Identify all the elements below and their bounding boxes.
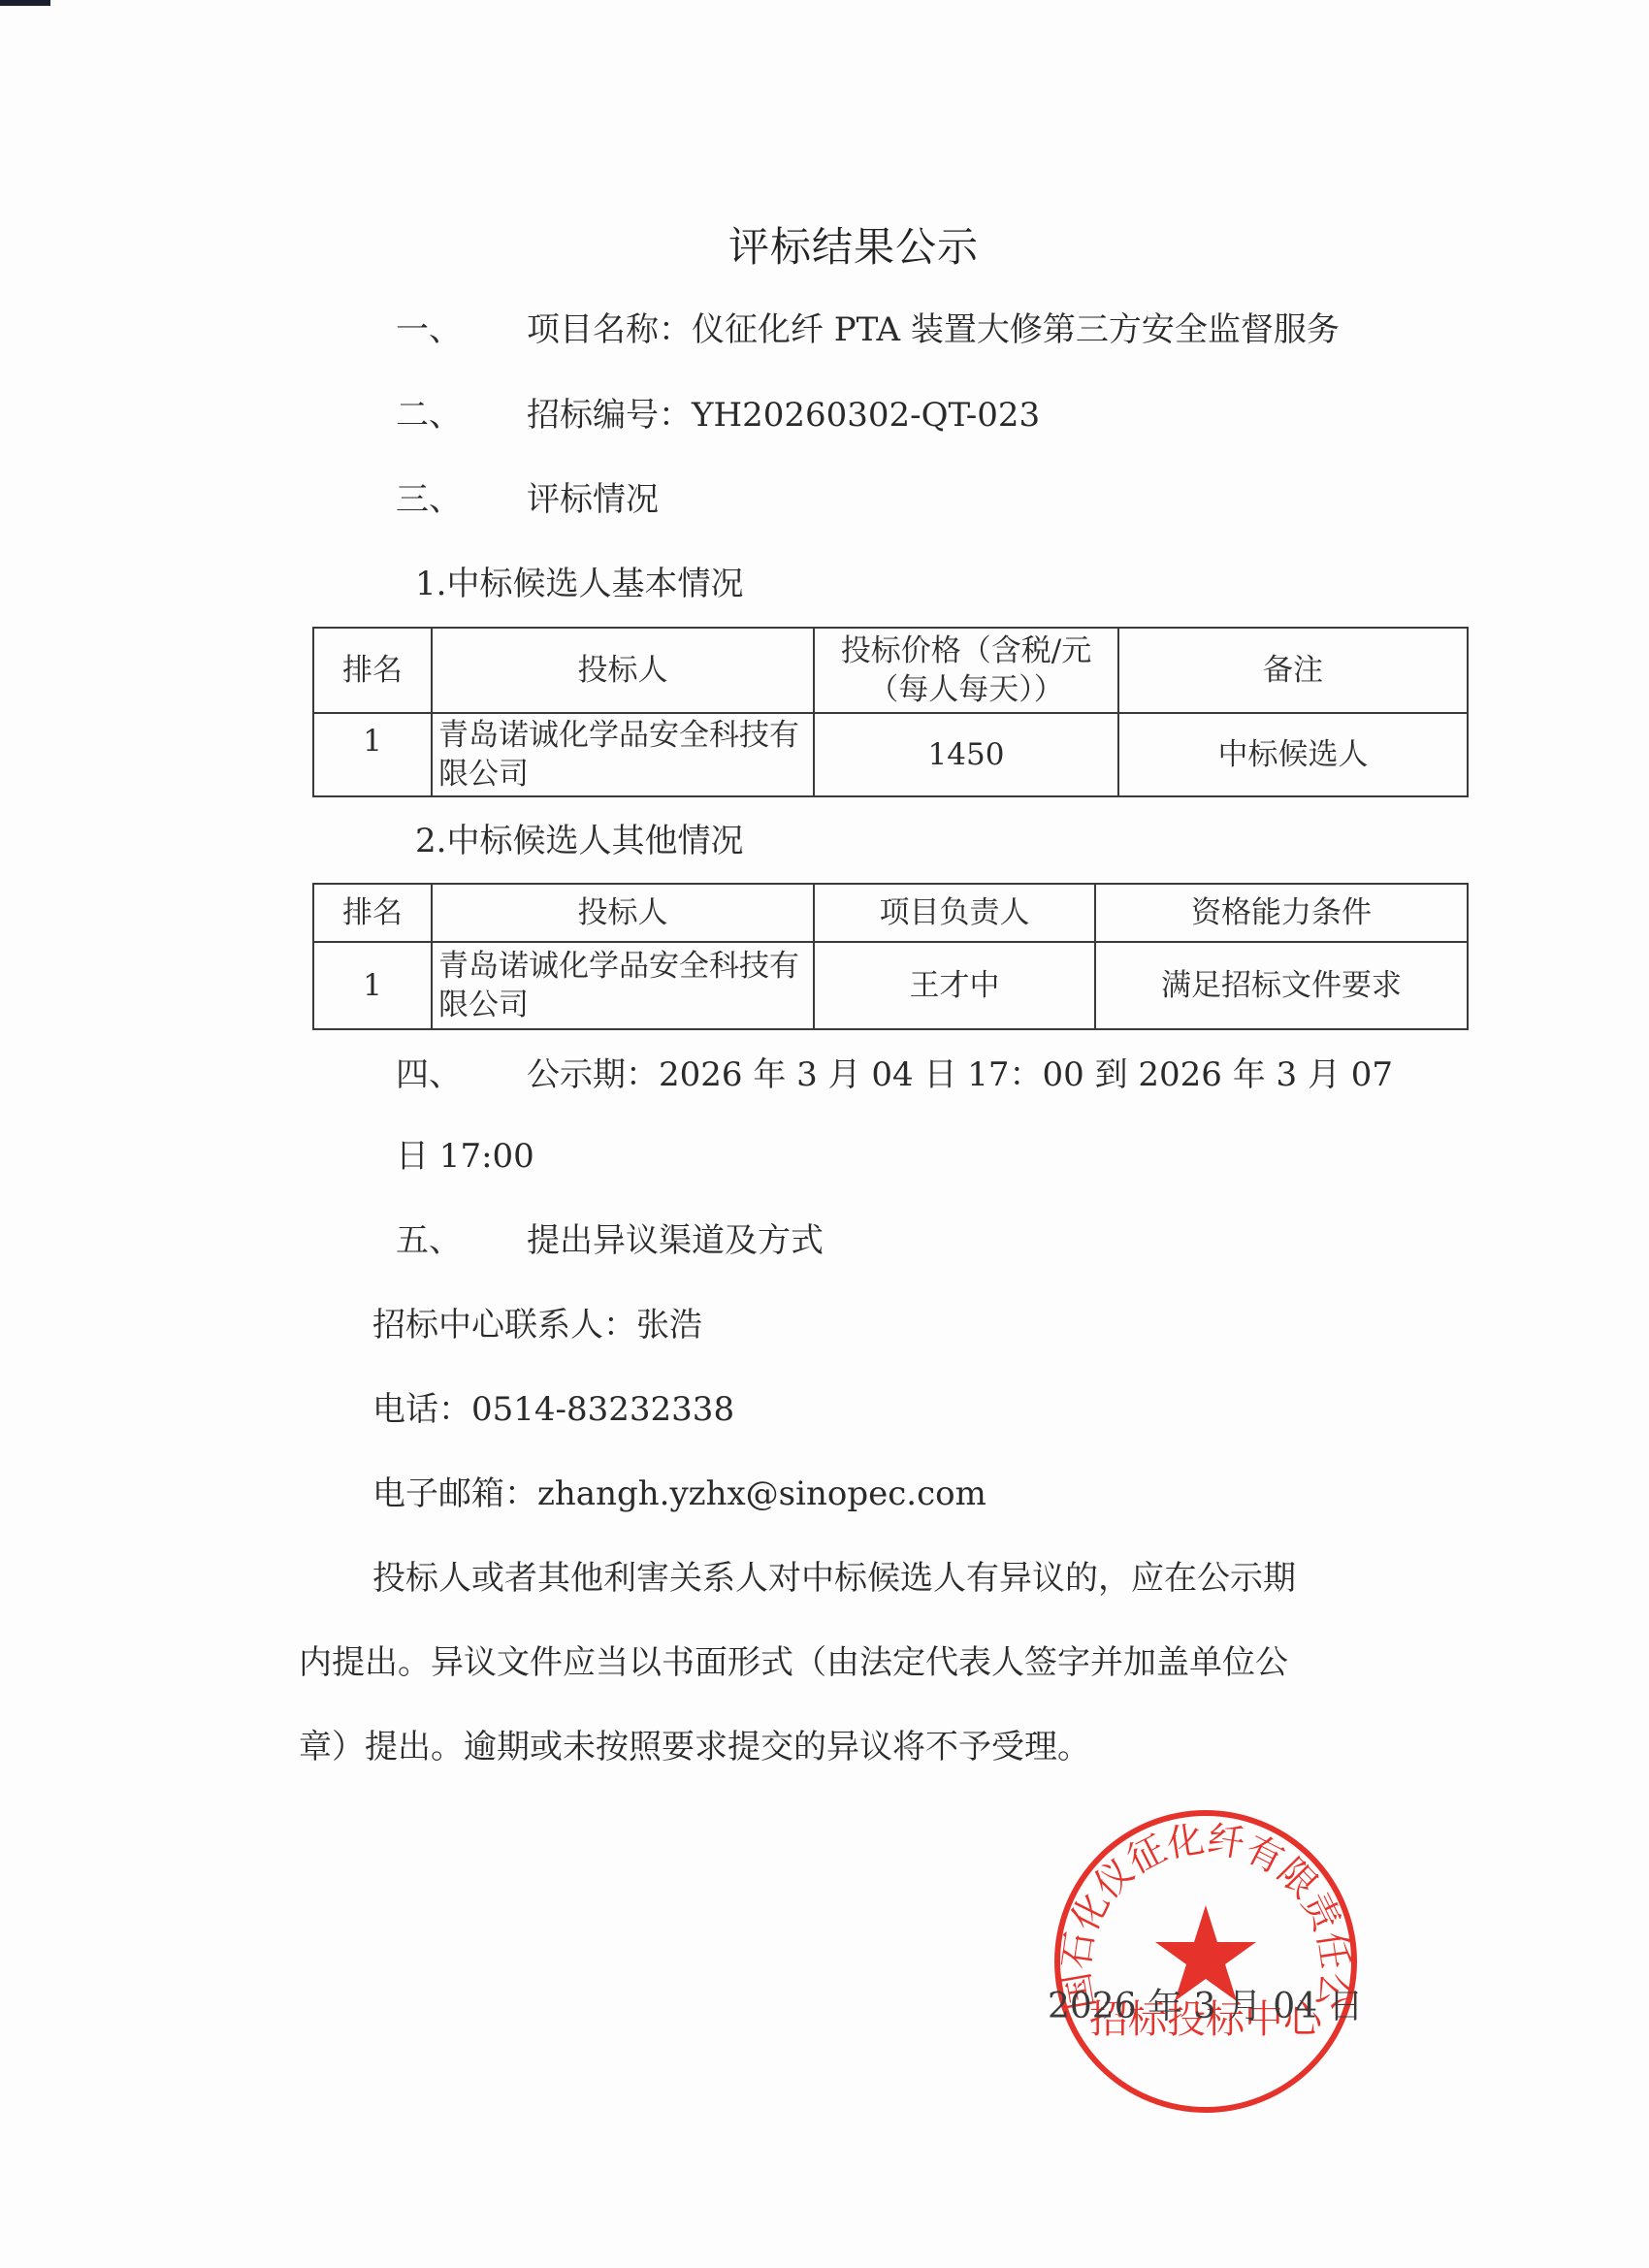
signature-date: 2026 年 3 月 04 日 (1048, 1979, 1364, 2028)
col-bidder: 投标人 (432, 884, 814, 942)
col-price: 投标价格（含税/元（每人每天）） (814, 628, 1118, 713)
cell-price: 1450 (814, 713, 1118, 796)
cell-qualification: 满足招标文件要求 (1095, 942, 1468, 1029)
notice-line-1: 投标人或者其他利害关系人对中标候选人有异议的，应在公示期 (372, 1559, 1296, 1598)
section-bid-number: 二、招标编号：YH20260302-QT-023 (396, 396, 1040, 435)
section-project-name: 一、项目名称：仪征化纤 PTA 装置大修第三方安全监督服务 (396, 310, 1340, 349)
section-evaluation: 三、评标情况 (396, 480, 659, 519)
col-remark: 备注 (1118, 628, 1468, 713)
col-rank: 排名 (313, 628, 432, 713)
scan-artifact (0, 0, 50, 6)
publicity-period-end: 日 17:00 (396, 1137, 534, 1176)
table-header-row: 排名 投标人 项目负责人 资格能力条件 (313, 884, 1468, 942)
col-qualification: 资格能力条件 (1095, 884, 1468, 942)
table-row: 1 青岛诺诚化学品安全科技有限公司 1450 中标候选人 (313, 713, 1468, 796)
cell-bidder: 青岛诺诚化学品安全科技有限公司 (432, 713, 814, 796)
table-header-row: 排名 投标人 投标价格（含税/元（每人每天）） 备注 (313, 628, 1468, 713)
cell-remark: 中标候选人 (1118, 713, 1468, 796)
candidate-other-table: 排名 投标人 项目负责人 资格能力条件 1 青岛诺诚化学品安全科技有限公司 王才… (312, 883, 1469, 1030)
cell-rank: 1 (313, 713, 432, 796)
seal-star-icon: 中国石化仪征化纤有限责任公司 (1060, 1816, 1351, 2107)
notice-line-2: 内提出。异议文件应当以书面形式（由法定代表人签字并加盖单位公 (299, 1643, 1288, 1682)
candidate-basic-table: 排名 投标人 投标价格（含税/元（每人每天）） 备注 1 青岛诺诚化学品安全科技… (312, 627, 1469, 797)
section-objection-channels: 五、提出异议渠道及方式 (396, 1221, 824, 1260)
contact-email: 电子邮箱：zhangh.yzhx@sinopec.com (372, 1474, 986, 1513)
sub-heading-other-info: 2.中标候选人其他情况 (415, 822, 743, 860)
contact-phone: 电话：0514-83232338 (372, 1390, 734, 1429)
contact-person: 招标中心联系人：张浩 (372, 1306, 702, 1345)
table-row: 1 青岛诺诚化学品安全科技有限公司 王才中 满足招标文件要求 (313, 942, 1468, 1029)
sub-heading-basic-info: 1.中标候选人基本情况 (415, 565, 743, 603)
cell-rank: 1 (313, 942, 432, 1029)
cell-manager: 王才中 (814, 942, 1095, 1029)
cell-bidder: 青岛诺诚化学品安全科技有限公司 (432, 942, 814, 1029)
official-seal: 中国石化仪征化纤有限责任公司 招标投标中心 (1054, 1810, 1357, 2113)
col-rank: 排名 (313, 884, 432, 942)
page-title: 评标结果公示 (0, 215, 1649, 274)
col-bidder: 投标人 (432, 628, 814, 713)
notice-line-3: 章）提出。逾期或未按照要求提交的异议将不予受理。 (299, 1728, 1090, 1766)
col-manager: 项目负责人 (814, 884, 1095, 942)
section-publicity-period: 四、公示期：2026 年 3 月 04 日 17：00 到 2026 年 3 月… (396, 1055, 1393, 1094)
